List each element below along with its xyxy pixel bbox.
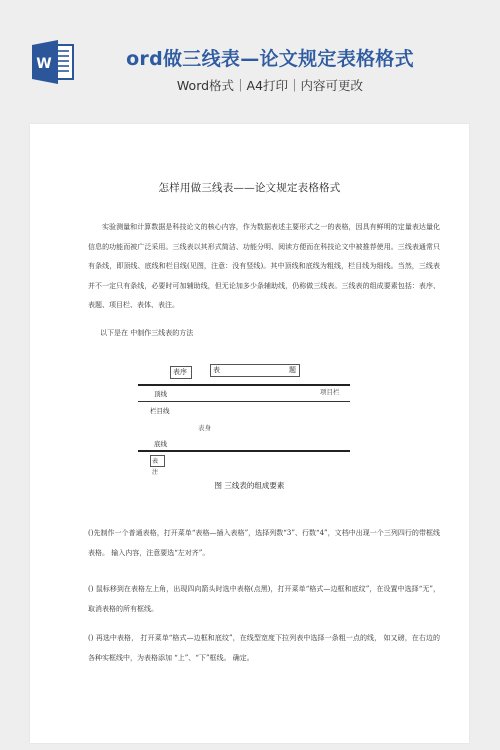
- table-note-label: 表注: [152, 458, 158, 476]
- top-line-label: 顶线: [154, 389, 167, 398]
- table-number-label: 表序: [173, 368, 187, 376]
- banner-title: ord做三线表—论文规定表格格式: [120, 44, 420, 71]
- bottom-line-label: 底线: [154, 439, 167, 448]
- header-column-label: 项目栏: [320, 387, 340, 396]
- word-document-icon: W: [31, 40, 77, 84]
- intro-paragraph: 实验测量和计算数据是科技论文的核心内容，作为数据表述主要形式之一的表格，因具有鲜…: [88, 218, 440, 316]
- document-page: 怎样用做三线表——论文规定表格格式 实验测量和计算数据是科技论文的核心内容，作为…: [30, 124, 469, 743]
- method-lead-text: 以下是在 中制作三线表的方法: [100, 324, 452, 344]
- three-line-table-diagram: 表序 表 题 顶线 项目栏 栏目线 表身 底线 表注: [138, 362, 350, 482]
- table-title-left: 表: [213, 366, 220, 374]
- header-rule: [138, 401, 350, 402]
- table-title-box: 表 题: [210, 364, 300, 377]
- table-note-box: 表注: [150, 455, 165, 467]
- table-body-label: 表身: [198, 423, 211, 432]
- top-rule: [138, 384, 350, 386]
- step-1-paragraph: ()先制作一个普通表格，打开菜单“表格—插入表格”，选择列数“3”、行数“4”，…: [88, 524, 440, 563]
- document-title: 怎样用做三线表——论文规定表格格式: [30, 180, 469, 195]
- table-title-right: 题: [289, 365, 296, 376]
- banner-subtitle: Word格式｜A4打印｜内容可更改: [120, 76, 420, 94]
- table-number-box: 表序: [170, 366, 192, 379]
- banner: W ord做三线表—论文规定表格格式 Word格式｜A4打印｜内容可更改: [0, 0, 500, 120]
- figure-caption: 图 三线表的组成要素: [30, 480, 469, 491]
- header-line-label: 栏目线: [150, 406, 170, 415]
- svg-text:W: W: [36, 56, 51, 72]
- bottom-rule: [138, 450, 350, 452]
- step-3-paragraph: () 再选中表格， 打开菜单“格式—边框和底纹”，在线型宽度下拉列表中选择一条粗…: [88, 629, 440, 668]
- step-2-paragraph: () 鼠标移到在表格左上角，出现四向箭头时选中表格(点黑)，打开菜单“格式—边框…: [88, 580, 440, 619]
